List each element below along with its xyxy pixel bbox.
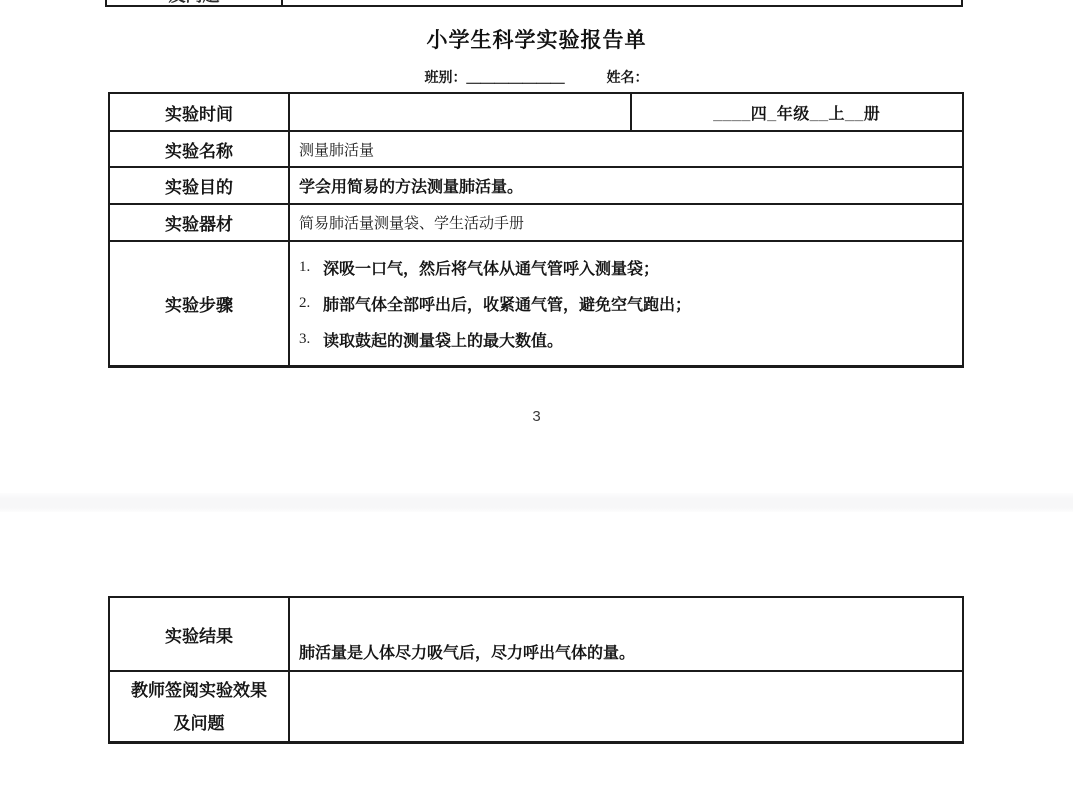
step-text: 深吸一口气，然后将气体从通气管呼入测量袋； (323, 256, 659, 279)
experiment-report-table: 实验时间 ____四_年级__上__册 实验名称 测量肺活量 实验目的 学会用简… (108, 92, 964, 368)
class-blank-line: ＿＿＿＿＿＿＿ (467, 69, 565, 85)
table-row-purpose: 实验目的 学会用简易的方法测量肺活量。 (110, 166, 962, 203)
table-row-time: 实验时间 ____四_年级__上__册 (110, 94, 962, 130)
row-result-label: 实验结果 (110, 598, 290, 670)
class-label: 班别： (425, 69, 467, 85)
row-time-value (290, 94, 632, 130)
step-item-3: 3. 读取鼓起的测量袋上的最大数值。 (299, 322, 962, 358)
steps-list: 1. 深吸一口气，然后将气体从通气管呼入测量袋； 2. 肺部气体全部呼出后，收紧… (290, 242, 962, 365)
table-row-result: 实验结果 肺活量是人体尽力吸气后，尽力呼出气体的量。 (110, 598, 962, 670)
step-item-2: 2. 肺部气体全部呼出后，收紧通气管，避免空气跑出； (299, 286, 962, 322)
row-materials-value: 简易肺活量测量袋、学生活动手册 (290, 205, 962, 240)
row-steps-label: 实验步骤 (110, 242, 290, 365)
row-teacher-value (290, 672, 962, 741)
class-name-line: 班别：＿＿＿＿＿＿＿ 姓名： (0, 67, 1073, 87)
step-text: 肺部气体全部呼出后，收紧通气管，避免空气跑出； (323, 292, 691, 315)
row-materials-label: 实验器材 (110, 205, 290, 240)
row-time-label: 实验时间 (110, 94, 290, 130)
table-row-steps: 实验步骤 1. 深吸一口气，然后将气体从通气管呼入测量袋； 2. 肺部气体全部呼… (110, 240, 962, 365)
grade-volume-cell: ____四_年级__上__册 (632, 94, 963, 130)
table-row-materials: 实验器材 简易肺活量测量袋、学生活动手册 (110, 203, 962, 240)
report-title: 小学生科学实验报告单 (0, 24, 1073, 54)
step-text: 读取鼓起的测量袋上的最大数值。 (323, 328, 563, 351)
document-viewport: 及问题 小学生科学实验报告单 班别：＿＿＿＿＿＿＿ 姓名： 实验时间 ____四… (0, 0, 1073, 791)
table-row-name: 实验名称 测量肺活量 (110, 130, 962, 166)
row-purpose-value: 学会用简易的方法测量肺活量。 (290, 168, 962, 203)
previous-table-remnant: 及问题 (105, 0, 963, 7)
row-result-value: 肺活量是人体尽力吸气后，尽力呼出气体的量。 (290, 598, 962, 670)
class-field: 班别：＿＿＿＿＿＿＿ (425, 67, 565, 87)
row-name-value: 测量肺活量 (290, 132, 962, 166)
teacher-label-line1: 教师签阅实验效果 (131, 674, 267, 707)
row-teacher-label: 教师签阅实验效果 及问题 (110, 672, 290, 741)
page-number: 3 (0, 408, 1073, 425)
step-item-1: 1. 深吸一口气，然后将气体从通气管呼入测量袋； (299, 250, 962, 286)
experiment-result-table: 实验结果 肺活量是人体尽力吸气后，尽力呼出气体的量。 教师签阅实验效果 及问题 (108, 596, 964, 744)
row-name-label: 实验名称 (110, 132, 290, 166)
remnant-clipped-text: 及问题 (107, 0, 281, 4)
table-row-teacher-review: 教师签阅实验效果 及问题 (110, 670, 962, 741)
step-number: 2. (299, 295, 323, 312)
page-separator (0, 493, 1073, 512)
step-number: 3. (299, 331, 323, 348)
name-field: 姓名： (607, 67, 649, 87)
remnant-column-divider (281, 0, 283, 5)
step-number: 1. (299, 259, 323, 276)
row-purpose-label: 实验目的 (110, 168, 290, 203)
teacher-label-line2: 及问题 (174, 707, 225, 740)
